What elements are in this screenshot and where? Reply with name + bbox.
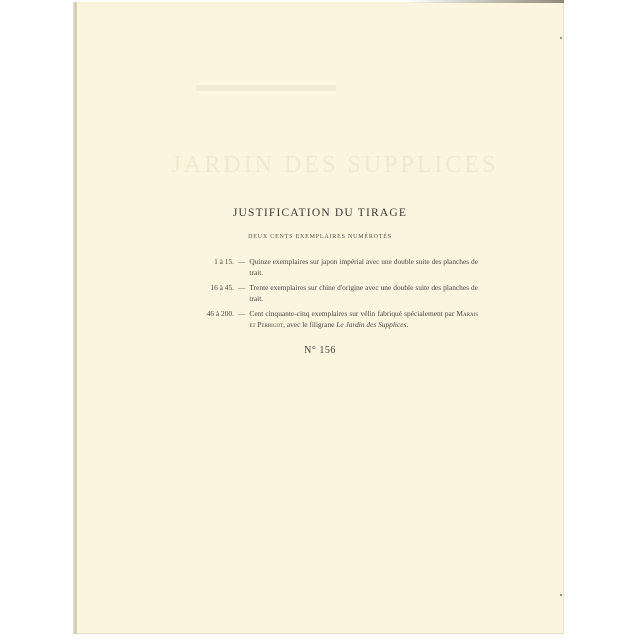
print-run-entries: 1 à 15. — Quinze exemplaires sur japon i… — [198, 256, 478, 334]
entry-japon: 1 à 15. — Quinze exemplaires sur japon i… — [198, 256, 478, 278]
edition-count-subheading: Deux cents exemplaires numérotés — [76, 234, 564, 240]
page-left-edge — [73, 2, 76, 634]
entry-text-part: . — [406, 320, 408, 329]
entry-text: Cent cinquante-cinq exemplaires sur véli… — [249, 308, 478, 330]
paper-speck — [560, 37, 562, 39]
entry-range: 16 à 45. — [198, 282, 234, 304]
entry-dash: — — [234, 282, 249, 304]
document-page: JARDIN DES SUPPLICES JUSTIFICATION DU TI… — [76, 2, 564, 634]
entry-chine: 16 à 45. — Trente exemplaires sur chine … — [198, 282, 478, 304]
watermark-title: Le Jardin des Supplices — [336, 320, 406, 329]
entry-text: Trente exemplaires sur chine d'origine a… — [249, 282, 478, 304]
page-top-edge-shadow — [406, 0, 564, 3]
entry-text: Quinze exemplaires sur japon impérial av… — [249, 256, 478, 278]
justification-heading: JUSTIFICATION DU TIRAGE — [76, 207, 564, 219]
entry-text-part: Cent cinquante-cinq exemplaires sur véli… — [249, 309, 456, 318]
paper-speck — [560, 594, 562, 596]
entry-range: 46 à 200. — [198, 308, 234, 330]
show-through-title: JARDIN DES SUPPLICES — [106, 152, 564, 179]
entry-velin: 46 à 200. — Cent cinquante-cinq exemplai… — [198, 308, 478, 330]
entry-dash: — — [234, 308, 249, 330]
entry-dash: — — [234, 256, 249, 278]
copy-number: N° 156 — [76, 345, 564, 356]
entry-range: 1 à 15. — [198, 256, 234, 278]
entry-text-part: , avec le filigrane — [283, 320, 336, 329]
show-through-mark — [196, 85, 336, 91]
